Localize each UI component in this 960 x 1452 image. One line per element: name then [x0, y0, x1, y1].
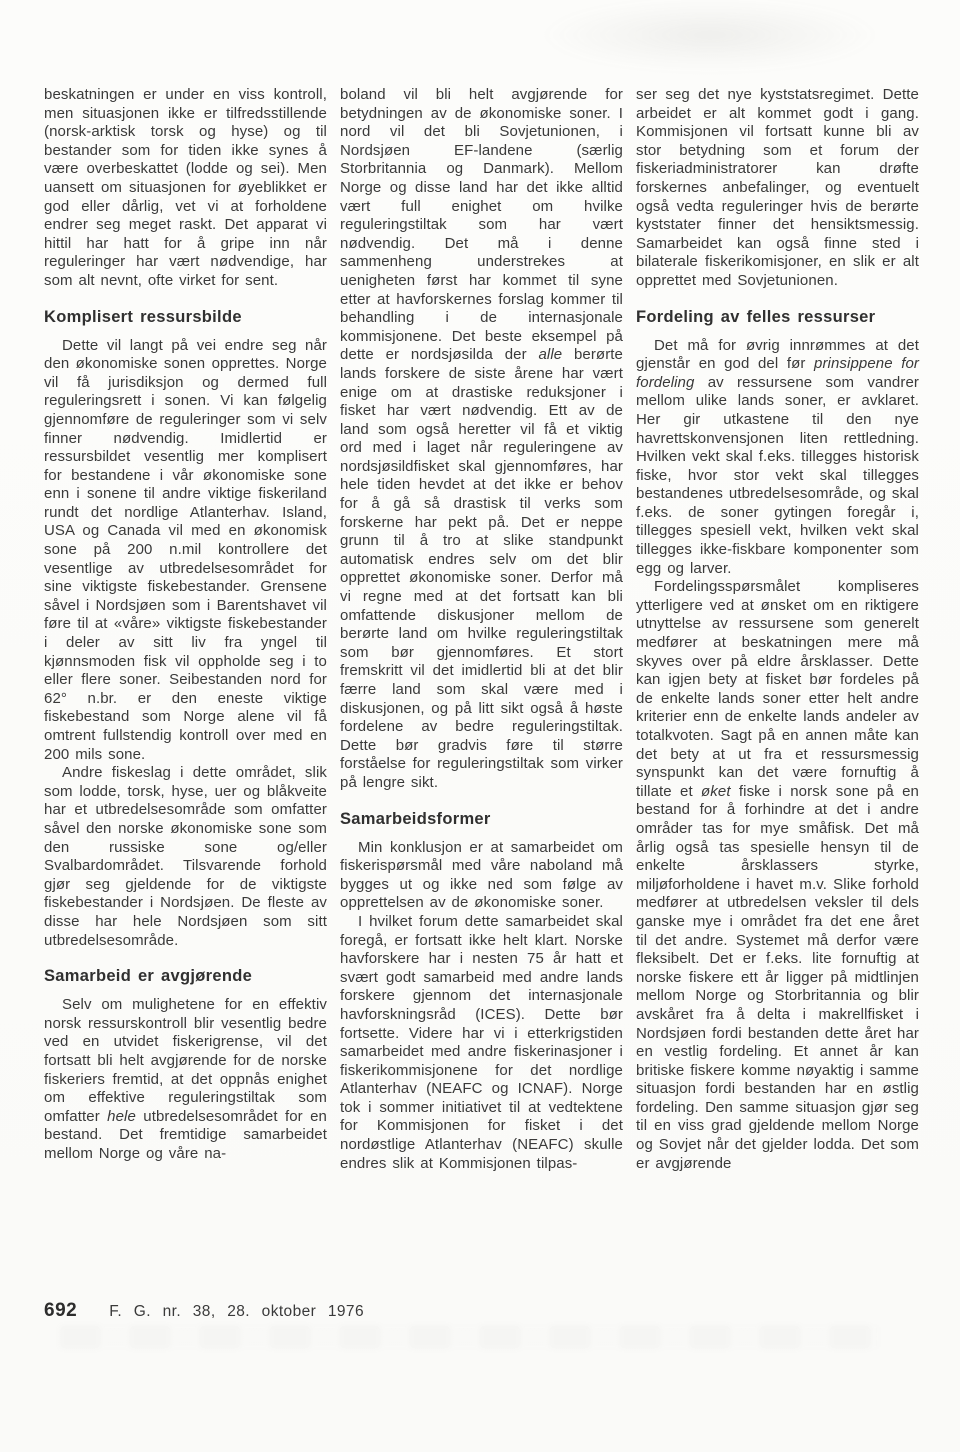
text-column-3: ser seg det nye kyststatsregimet. Dette … — [636, 86, 919, 1173]
section-heading: Komplisert ressursbilde — [44, 307, 327, 327]
issue-info: F. G. nr. 38, 28. oktober 1976 — [109, 1303, 364, 1321]
body-paragraph: Min konklusjon er at samarbeidet om fisk… — [340, 839, 623, 913]
page-number: 692 — [44, 1300, 77, 1322]
scan-artifact — [540, 0, 880, 70]
article-columns: beskatningen er under en viss kontroll, … — [44, 86, 917, 1173]
body-paragraph: beskatningen er under en viss kontroll, … — [44, 86, 327, 291]
section-heading: Fordeling av felles ressurser — [636, 307, 919, 327]
text-column-2: boland vil bli helt avgjørende for betyd… — [340, 86, 623, 1173]
body-paragraph: Det må for øvrig innrømmes at det gjenst… — [636, 337, 919, 579]
body-paragraph: Dette vil langt på vei endre seg når den… — [44, 337, 327, 765]
body-paragraph: Andre fiskeslag i dette området, slik so… — [44, 764, 327, 950]
magazine-page: beskatningen er under en viss kontroll, … — [0, 0, 960, 1452]
body-paragraph: I hvilket forum dette samarbeidet skal f… — [340, 913, 623, 1173]
body-paragraph: Selv om mulighetene for en effektiv nors… — [44, 996, 327, 1163]
body-paragraph: Fordelingsspørsmålet kompliseres ytterli… — [636, 578, 919, 1173]
body-paragraph: boland vil bli helt avgjørende for betyd… — [340, 86, 623, 793]
scan-artifact — [60, 1325, 880, 1349]
text-column-1: beskatningen er under en viss kontroll, … — [44, 86, 327, 1173]
section-heading: Samarbeid er avgjørende — [44, 966, 327, 986]
section-heading: Samarbeidsformer — [340, 809, 623, 829]
body-paragraph: ser seg det nye kyststatsregimet. Dette … — [636, 86, 919, 291]
page-footer: 692 F. G. nr. 38, 28. oktober 1976 — [44, 1300, 364, 1322]
